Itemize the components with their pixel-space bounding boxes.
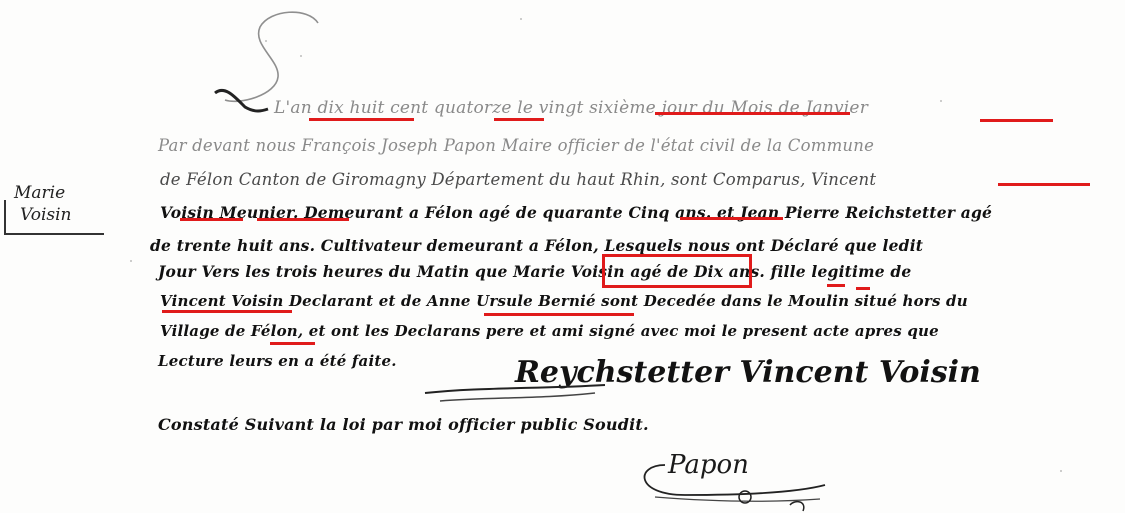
scanned-death-record: Marie Voisin L'an dix huit cent quatorze…: [0, 0, 1125, 513]
highlight-box-marie-voisin: [602, 254, 752, 288]
underline-meunier: [257, 218, 349, 221]
margin-note: Marie Voisin: [14, 182, 72, 226]
margin-bracket: [4, 200, 6, 234]
underline-anne-ursule-bernie: [484, 313, 634, 316]
record-line-5: de trente huit ans. Cultivateur demeuran…: [150, 236, 923, 255]
record-line-3: de Félon Canton de Giromagny Département…: [160, 170, 876, 189]
underline-dix-part-2: [856, 287, 870, 290]
paper-speck: [1060, 470, 1062, 472]
record-line-1: L'an dix huit cent quatorze le vingt six…: [274, 98, 868, 118]
record-line-9: Lecture leurs en a été faite.: [158, 352, 397, 370]
margin-underline: [4, 233, 104, 235]
underline-dix-huit: [309, 118, 414, 121]
underline-quarante-cinq: [680, 217, 783, 220]
mayor-signature: Papon: [668, 450, 749, 480]
margin-note-firstname: Marie: [14, 182, 72, 204]
closing-note: Constaté Suivant la loi par moi officier…: [158, 415, 649, 434]
paper-speck: [265, 40, 267, 42]
margin-note-surname: Voisin: [14, 204, 72, 226]
declarant-signatures: Reychstetter Vincent Voisin: [515, 355, 981, 390]
paper-speck: [940, 100, 942, 102]
paper-speck: [520, 18, 522, 20]
paper-speck: [130, 260, 132, 262]
record-line-2: Par devant nous François Joseph Papon Ma…: [158, 136, 874, 155]
underline-janvier: [980, 119, 1053, 122]
underline-vingt-sixieme: [655, 112, 850, 115]
underline-quatorze: [494, 118, 544, 121]
underline-felon: [270, 342, 315, 345]
record-line-7: Vincent Voisin Declarant et de Anne Ursu…: [160, 292, 968, 310]
underline-dix-part-1: [827, 284, 845, 287]
paper-speck: [300, 55, 302, 57]
underline-vincent-voisin: [162, 310, 292, 313]
underline-vincent: [998, 183, 1090, 186]
underline-voisin: [180, 218, 243, 221]
record-line-6: Jour Vers les trois heures du Matin que …: [158, 262, 911, 281]
record-line-8: Village de Félon, et ont les Declarans p…: [160, 322, 939, 340]
